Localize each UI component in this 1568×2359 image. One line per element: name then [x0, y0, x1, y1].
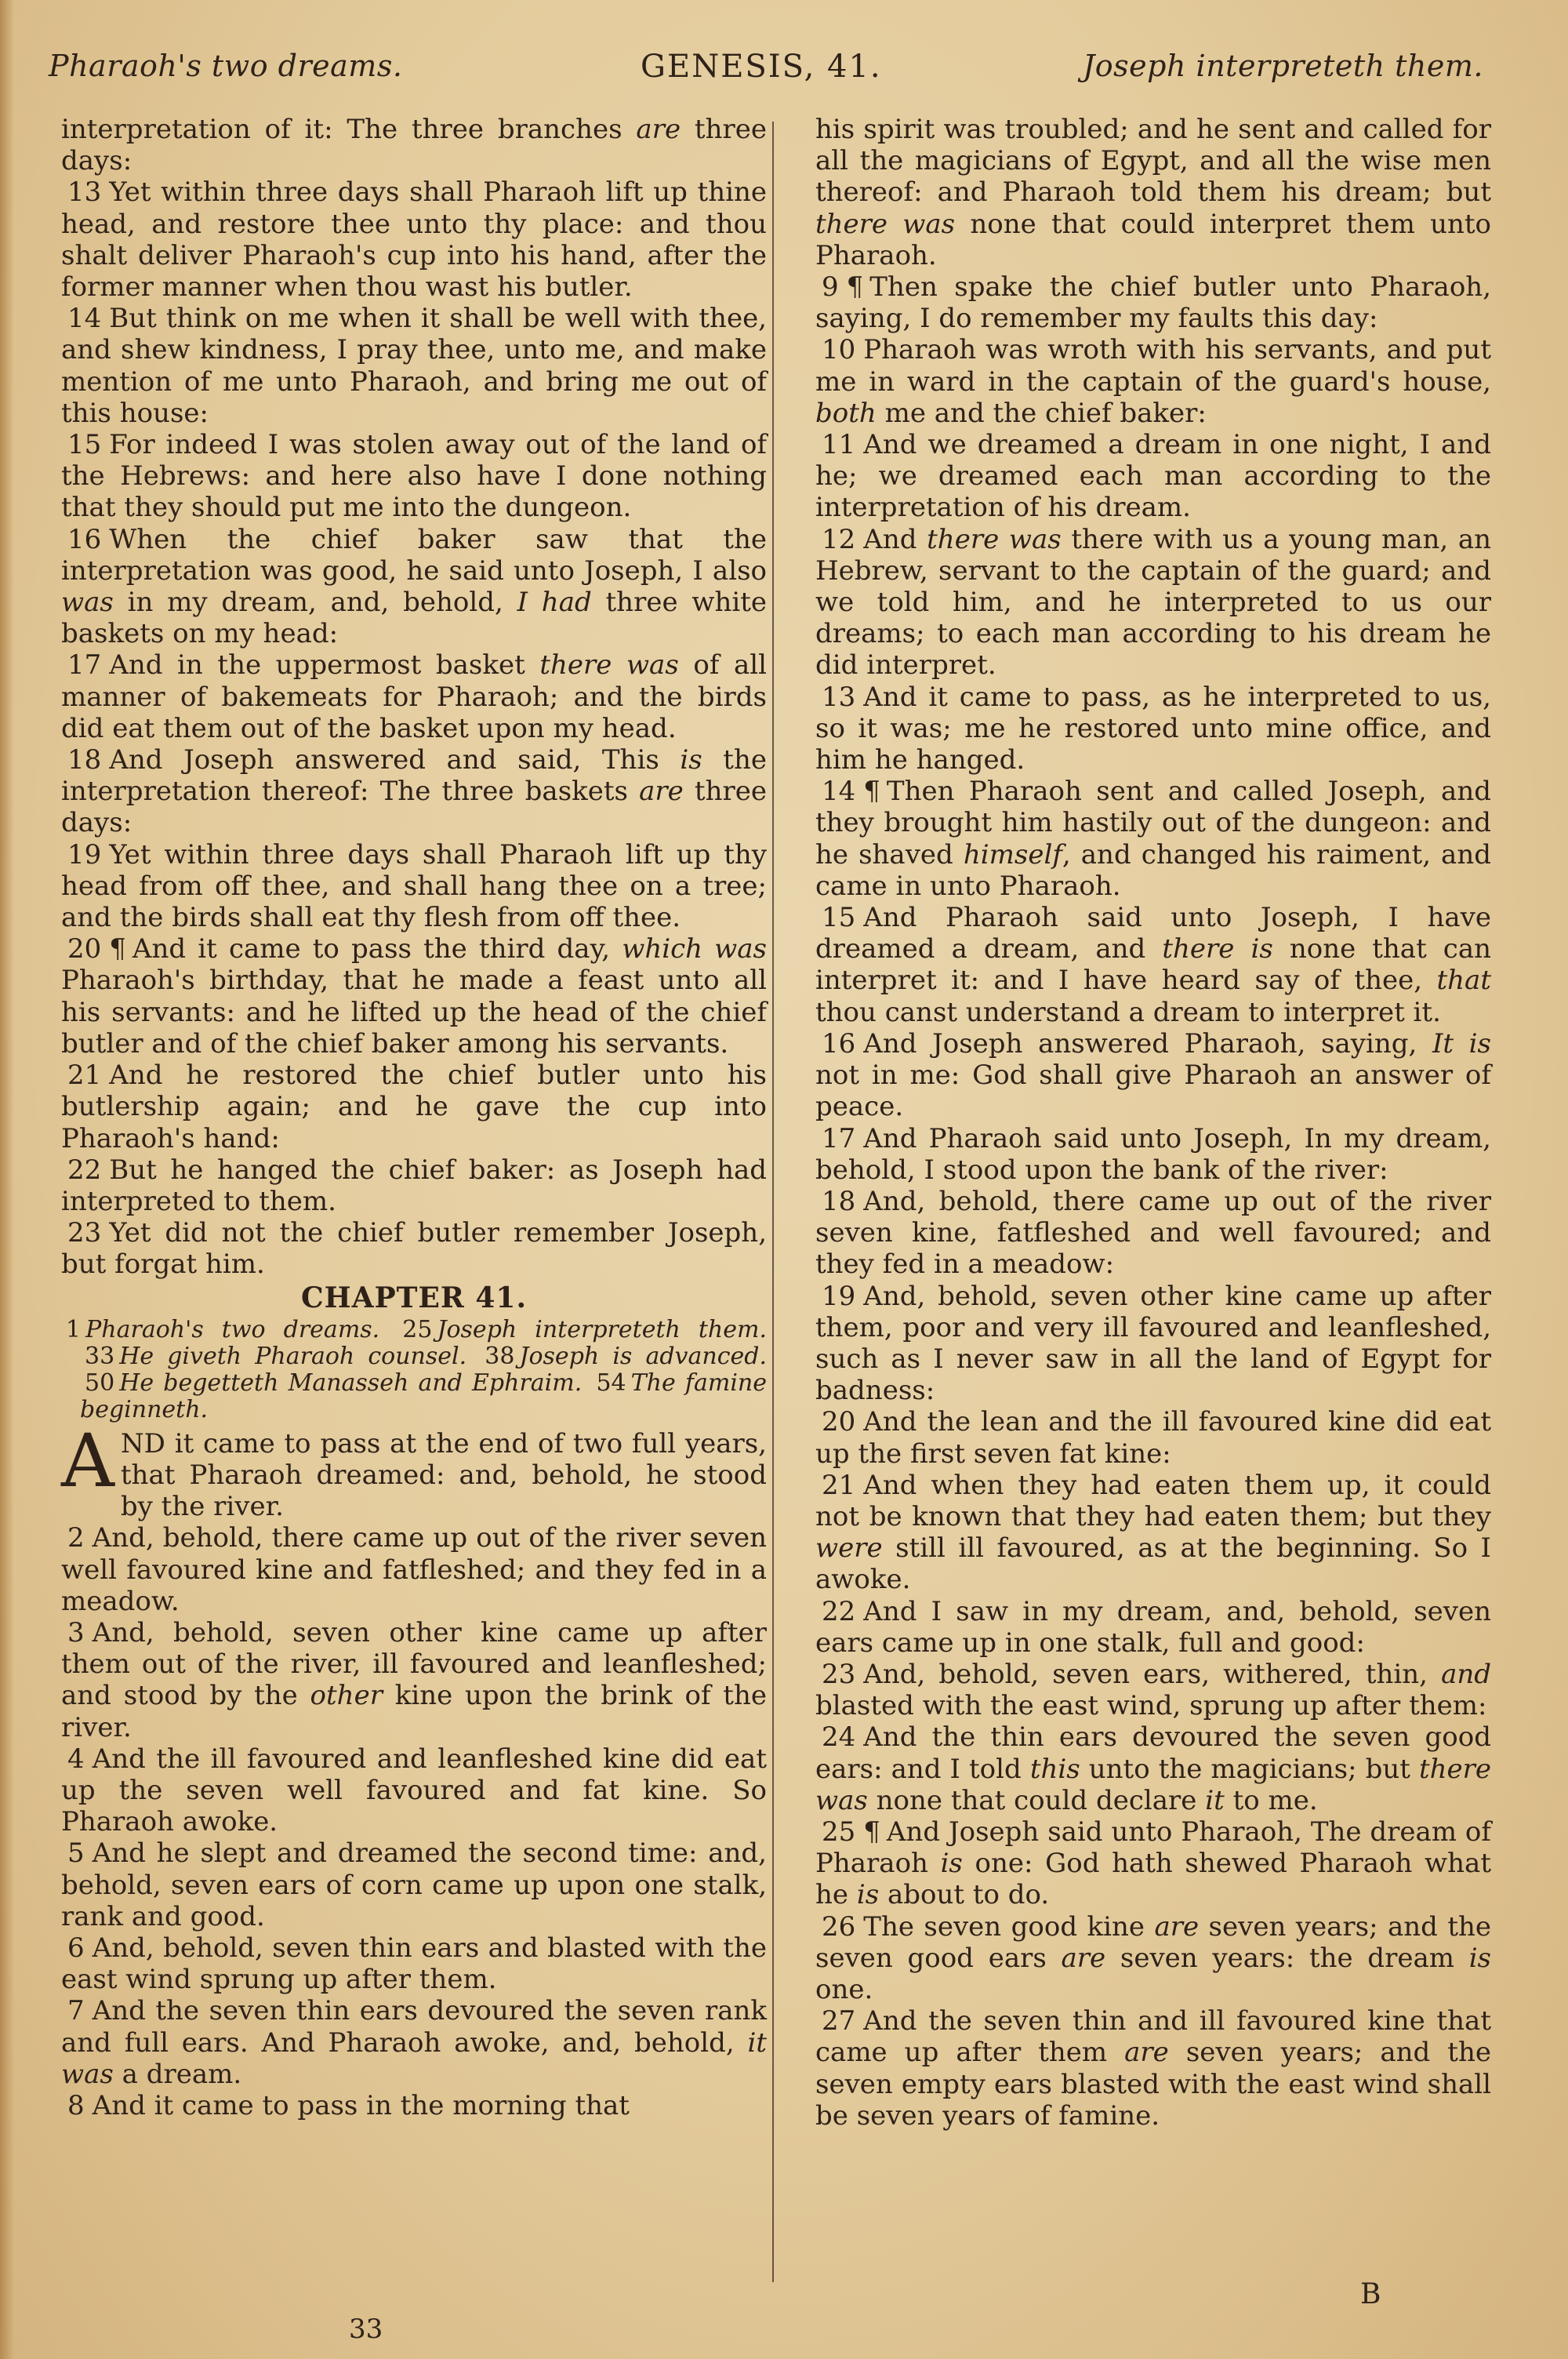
- verse-25: 25¶And Joseph said unto Pharaoh, The dre…: [815, 1816, 1491, 1911]
- pilcrow-icon: ¶: [863, 776, 880, 807]
- running-head-right: Joseph interpreteth them.: [1083, 49, 1483, 83]
- verse-11: 11And we dreamed a dream in one night, I…: [815, 429, 1491, 524]
- summary-verse-ref: 25: [402, 1316, 432, 1343]
- italic-supplied-word: both: [815, 398, 877, 429]
- verse-number: 22: [822, 1596, 855, 1627]
- verse-number: 12: [822, 524, 855, 555]
- verse-16: 16When the chief baker saw that the inte…: [61, 524, 767, 650]
- verse-text: Yet within three days shall Pharaoh lift…: [61, 839, 767, 933]
- verse-18: 18And, behold, there came up out of the …: [815, 1186, 1491, 1281]
- running-head: Pharaoh's two dreams. GENESIS, 41. Josep…: [49, 49, 1483, 96]
- verse-number: 4: [67, 1743, 85, 1775]
- verse-27: 27And the seven thin and ill favoured ki…: [815, 2005, 1491, 2132]
- verse-text: And it came to pass, as he interpreted t…: [815, 682, 1491, 776]
- verse-text: seven years: the dream: [1105, 1943, 1469, 1974]
- verse-text: But he hanged the chief baker: as Joseph…: [61, 1154, 767, 1217]
- verse-number: 8: [67, 2090, 85, 2121]
- column-rule: [772, 122, 774, 2282]
- verse-text: none that could declare: [868, 1785, 1205, 1816]
- verse-19: 19And, behold, seven other kine came up …: [815, 1281, 1491, 1407]
- summary-topic: He giveth Pharaoh counsel.: [119, 1343, 480, 1370]
- verse-text: And he restored the chief butler unto hi…: [61, 1060, 767, 1154]
- pilcrow-icon: ¶: [863, 1816, 880, 1848]
- verse-text: to me.: [1225, 1785, 1318, 1816]
- verse-text: But think on me when it shall be well wi…: [61, 303, 767, 429]
- verse-number: 15: [822, 902, 855, 933]
- verse-text: And, behold, there came up out of the ri…: [61, 1522, 767, 1616]
- verse-text: And, behold, there came up out of the ri…: [815, 1186, 1491, 1280]
- verse-23: 23And, behold, seven ears, withered, thi…: [815, 1659, 1491, 1721]
- verse-number: 2: [67, 1522, 85, 1554]
- drop-cap: A: [61, 1431, 114, 1492]
- summary-verse-ref: 54: [596, 1369, 626, 1397]
- verse-text: a dream.: [114, 2059, 241, 2090]
- verse-number: 20: [67, 933, 101, 965]
- italic-supplied-word: himself: [964, 839, 1062, 871]
- left-column: interpretation of it: The three branches…: [61, 114, 767, 2121]
- verse-number: 24: [822, 1721, 855, 1753]
- italic-supplied-word: this: [1030, 1754, 1080, 1785]
- verse-13: 13And it came to pass, as he interpreted…: [815, 682, 1491, 776]
- summary-verse-ref: 50: [85, 1369, 114, 1397]
- verse-10: 10Pharaoh was wroth with his servants, a…: [815, 334, 1491, 429]
- verse-17: 17And in the uppermost basket there was …: [61, 649, 767, 744]
- verse-text: And the ill favoured and leanfleshed kin…: [61, 1743, 767, 1837]
- verse-19: 19Yet within three days shall Pharaoh li…: [61, 839, 767, 934]
- italic-supplied-word: were: [815, 1532, 883, 1564]
- italic-supplied-word: are: [636, 114, 681, 145]
- verse-text: And, behold, seven other kine came up af…: [815, 1281, 1491, 1407]
- italic-supplied-word: is: [680, 744, 702, 776]
- italic-supplied-word: are: [639, 776, 684, 807]
- italic-supplied-word: are: [1154, 1911, 1199, 1943]
- verse-text: The seven good kine: [863, 1911, 1154, 1943]
- verse-15: 15And Pharaoh said unto Joseph, I have d…: [815, 902, 1491, 1028]
- italic-supplied-word: there was: [539, 649, 678, 681]
- chapter-heading: CHAPTER 41.: [61, 1282, 767, 1314]
- verse-number: 19: [67, 839, 101, 871]
- verse-text: ND it came to pass at the end of two ful…: [121, 1428, 767, 1522]
- verse-text: Then spake the chief butler unto Pharaoh…: [815, 271, 1491, 334]
- running-head-left: Pharaoh's two dreams.: [49, 49, 402, 83]
- summary-topic: He begetteth Manasseh and Ephraim.: [119, 1369, 591, 1397]
- verse-number: 23: [67, 1217, 101, 1249]
- verse-number: 23: [822, 1659, 855, 1690]
- verse-text: And the lean and the ill favoured kine d…: [815, 1406, 1491, 1469]
- verse-text: one.: [815, 1974, 873, 2005]
- italic-supplied-word: is: [857, 1879, 879, 1910]
- italic-supplied-word: and: [1441, 1659, 1491, 1690]
- summary-topic: Joseph is advanced.: [519, 1343, 767, 1370]
- verse-number: 21: [67, 1060, 101, 1091]
- verse-number: 19: [822, 1281, 855, 1312]
- verse-number: 13: [67, 176, 101, 208]
- verse-23: 23Yet did not the chief butler remember …: [61, 1217, 767, 1280]
- italic-supplied-word: is: [941, 1848, 963, 1879]
- italic-supplied-word: there is: [1162, 933, 1272, 965]
- verse-number: 9: [822, 271, 839, 303]
- verse-number: 18: [822, 1186, 855, 1217]
- verse-text: For indeed I was stolen away out of the …: [61, 429, 767, 523]
- verses-chapter-41-left: 2And, behold, there came up out of the r…: [61, 1522, 767, 2121]
- verse-number: 17: [67, 649, 101, 681]
- page-number: 33: [349, 2314, 383, 2345]
- verse-number: 14: [67, 303, 101, 334]
- verse-21: 21And when they had eaten them up, it co…: [815, 1470, 1491, 1596]
- verse-number: 20: [822, 1406, 855, 1438]
- verse-16: 16And Joseph answered Pharaoh, saying, I…: [815, 1028, 1491, 1123]
- verse-text: blasted with the east wind, sprung up af…: [815, 1690, 1487, 1721]
- summary-verse-ref: 38: [485, 1343, 514, 1370]
- verse-continuation: interpretation of it: The three branches…: [61, 114, 767, 176]
- verse-text: And it came to pass the third day,: [132, 933, 622, 965]
- italic-supplied-word: that: [1437, 965, 1492, 996]
- summary-verse-ref: 1: [66, 1316, 81, 1343]
- verse-text: And when they had eaten them up, it coul…: [815, 1470, 1491, 1532]
- chapter-summary: 1Pharaoh's two dreams. 25Joseph interpre…: [61, 1317, 767, 1423]
- verse-24: 24And the thin ears devoured the seven g…: [815, 1721, 1491, 1816]
- summary-topic: Pharaoh's two dreams.: [85, 1316, 397, 1343]
- italic-supplied-word: there was: [927, 524, 1062, 555]
- italic-supplied-word: is: [1469, 1943, 1491, 1974]
- verse-number: 21: [822, 1470, 855, 1501]
- page-edge-shadow: [0, 0, 14, 2359]
- italic-supplied-word: It is: [1432, 1028, 1491, 1060]
- verse-2: 2And, behold, there came up out of the r…: [61, 1522, 767, 1617]
- summary-verse-ref: 33: [85, 1343, 114, 1370]
- verse-21: 21And he restored the chief butler unto …: [61, 1060, 767, 1154]
- verse-text: his spirit was troubled; and he sent and…: [815, 114, 1491, 208]
- italic-supplied-word: it: [1205, 1785, 1225, 1816]
- italic-supplied-word: are: [1124, 2037, 1169, 2068]
- signature-mark: B: [1360, 2278, 1381, 2310]
- verse-22: 22But he hanged the chief baker: as Jose…: [61, 1154, 767, 1217]
- verse-number: 16: [67, 524, 101, 555]
- verse-number: 18: [67, 744, 101, 776]
- verse-number: 16: [822, 1028, 855, 1060]
- verse-text: Pharaoh's birthday, that he made a feast…: [61, 965, 767, 1059]
- verse-8: 8And it came to pass in the morning that: [61, 2090, 767, 2121]
- verse-12: 12And there was there with us a young ma…: [815, 524, 1491, 682]
- verse-text: And he slept and dreamed the second time…: [61, 1837, 767, 1932]
- italic-supplied-word: are: [1062, 1943, 1106, 1974]
- verse-13: 13Yet within three days shall Pharaoh li…: [61, 176, 767, 303]
- pilcrow-icon: ¶: [109, 933, 126, 965]
- verse-26: 26The seven good kine are seven years; a…: [815, 1911, 1491, 2006]
- verse-7: 7And the seven thin ears devoured the se…: [61, 1995, 767, 2090]
- verse-text: And the seven thin ears devoured the sev…: [61, 1995, 767, 2058]
- verse-text: Pharaoh was wroth with his servants, and…: [815, 334, 1491, 397]
- verse-text: And Joseph answered Pharaoh, saying,: [863, 1028, 1432, 1060]
- verse-number: 25: [822, 1816, 855, 1848]
- verse-number: 13: [822, 682, 855, 713]
- verse-3: 3And, behold, seven other kine came up a…: [61, 1617, 767, 1743]
- verse-number: 10: [822, 334, 855, 365]
- italic-supplied-word: other: [310, 1680, 383, 1711]
- verse-15: 15For indeed I was stolen away out of th…: [61, 429, 767, 524]
- verse-text: interpretation of it: The three branches: [61, 114, 636, 145]
- verse-9: 9¶Then spake the chief butler unto Phara…: [815, 271, 1491, 334]
- verse-number: 14: [822, 776, 855, 807]
- verse-20: 20¶And it came to pass the third day, wh…: [61, 933, 767, 1060]
- pilcrow-icon: ¶: [847, 271, 864, 303]
- verse-number: 7: [67, 1995, 85, 2026]
- verse-text: And we dreamed a dream in one night, I a…: [815, 429, 1491, 523]
- verse-number: 17: [822, 1123, 855, 1154]
- verse-number: 27: [822, 2005, 855, 2037]
- verse-text: And: [863, 524, 927, 555]
- verse-number: 22: [67, 1154, 101, 1186]
- verse-text: still ill favoured, as at the beginning.…: [815, 1532, 1491, 1595]
- verse-number: 26: [822, 1911, 855, 1943]
- verse-text: thou canst understand a dream to interpr…: [815, 997, 1441, 1028]
- verses-chapter-40: interpretation of it: The three branches…: [61, 114, 767, 1281]
- verse-text: And Joseph answered and said, This: [109, 744, 680, 776]
- verse-text: me and the chief baker:: [877, 398, 1207, 429]
- verse-text: And in the uppermost basket: [109, 649, 539, 681]
- verse-22: 22And I saw in my dream, and, behold, se…: [815, 1596, 1491, 1659]
- verse-number: 11: [822, 429, 855, 460]
- verse-14: 14But think on me when it shall be well …: [61, 303, 767, 429]
- verse-text: And, behold, seven thin ears and blasted…: [61, 1932, 767, 1995]
- verse-5: 5And he slept and dreamed the second tim…: [61, 1837, 767, 1932]
- verse-1: AND it came to pass at the end of two fu…: [61, 1428, 767, 1523]
- italic-supplied-word: there was: [815, 209, 955, 240]
- verse-text: And it came to pass in the morning that: [93, 2090, 630, 2121]
- verse-number: 15: [67, 429, 101, 460]
- verse-text: And I saw in my dream, and, behold, seve…: [815, 1596, 1491, 1659]
- verse-text: Yet did not the chief butler remember Jo…: [61, 1217, 767, 1280]
- running-head-book-chapter: GENESIS, 41.: [641, 49, 882, 85]
- verse-number: 3: [67, 1617, 85, 1648]
- verse-text: in my dream, and, behold,: [114, 587, 517, 618]
- verse-text: When the chief baker saw that the interp…: [61, 524, 767, 587]
- verse-6: 6And, behold, seven thin ears and blaste…: [61, 1932, 767, 1995]
- right-column: his spirit was troubled; and he sent and…: [815, 114, 1491, 2132]
- summary-topic: Joseph interpreteth them.: [437, 1316, 767, 1343]
- verse-continuation: his spirit was troubled; and he sent and…: [815, 114, 1491, 271]
- italic-supplied-word: was: [61, 587, 114, 618]
- italic-supplied-word: I had: [517, 587, 592, 618]
- verse-text: Yet within three days shall Pharaoh lift…: [61, 176, 767, 303]
- verse-text: And, behold, seven ears, withered, thin,: [863, 1659, 1441, 1690]
- verse-14: 14¶Then Pharaoh sent and called Joseph, …: [815, 776, 1491, 902]
- verse-text: unto the magicians; but: [1080, 1754, 1419, 1785]
- verse-17: 17And Pharaoh said unto Joseph, In my dr…: [815, 1123, 1491, 1186]
- verse-number: 5: [67, 1837, 85, 1869]
- verse-number: 6: [67, 1932, 85, 1964]
- verse-4: 4And the ill favoured and leanfleshed ki…: [61, 1743, 767, 1838]
- verse-text: not in me: God shall give Pharaoh an ans…: [815, 1060, 1491, 1122]
- verses-chapter-41-right: his spirit was troubled; and he sent and…: [815, 114, 1491, 2132]
- verse-text: about to do.: [879, 1879, 1049, 1910]
- verse-18: 18And Joseph answered and said, This is …: [61, 744, 767, 839]
- italic-supplied-word: which was: [622, 933, 767, 965]
- verse-20: 20And the lean and the ill favoured kine…: [815, 1406, 1491, 1469]
- verse-text: And Pharaoh said unto Joseph, In my drea…: [815, 1123, 1491, 1186]
